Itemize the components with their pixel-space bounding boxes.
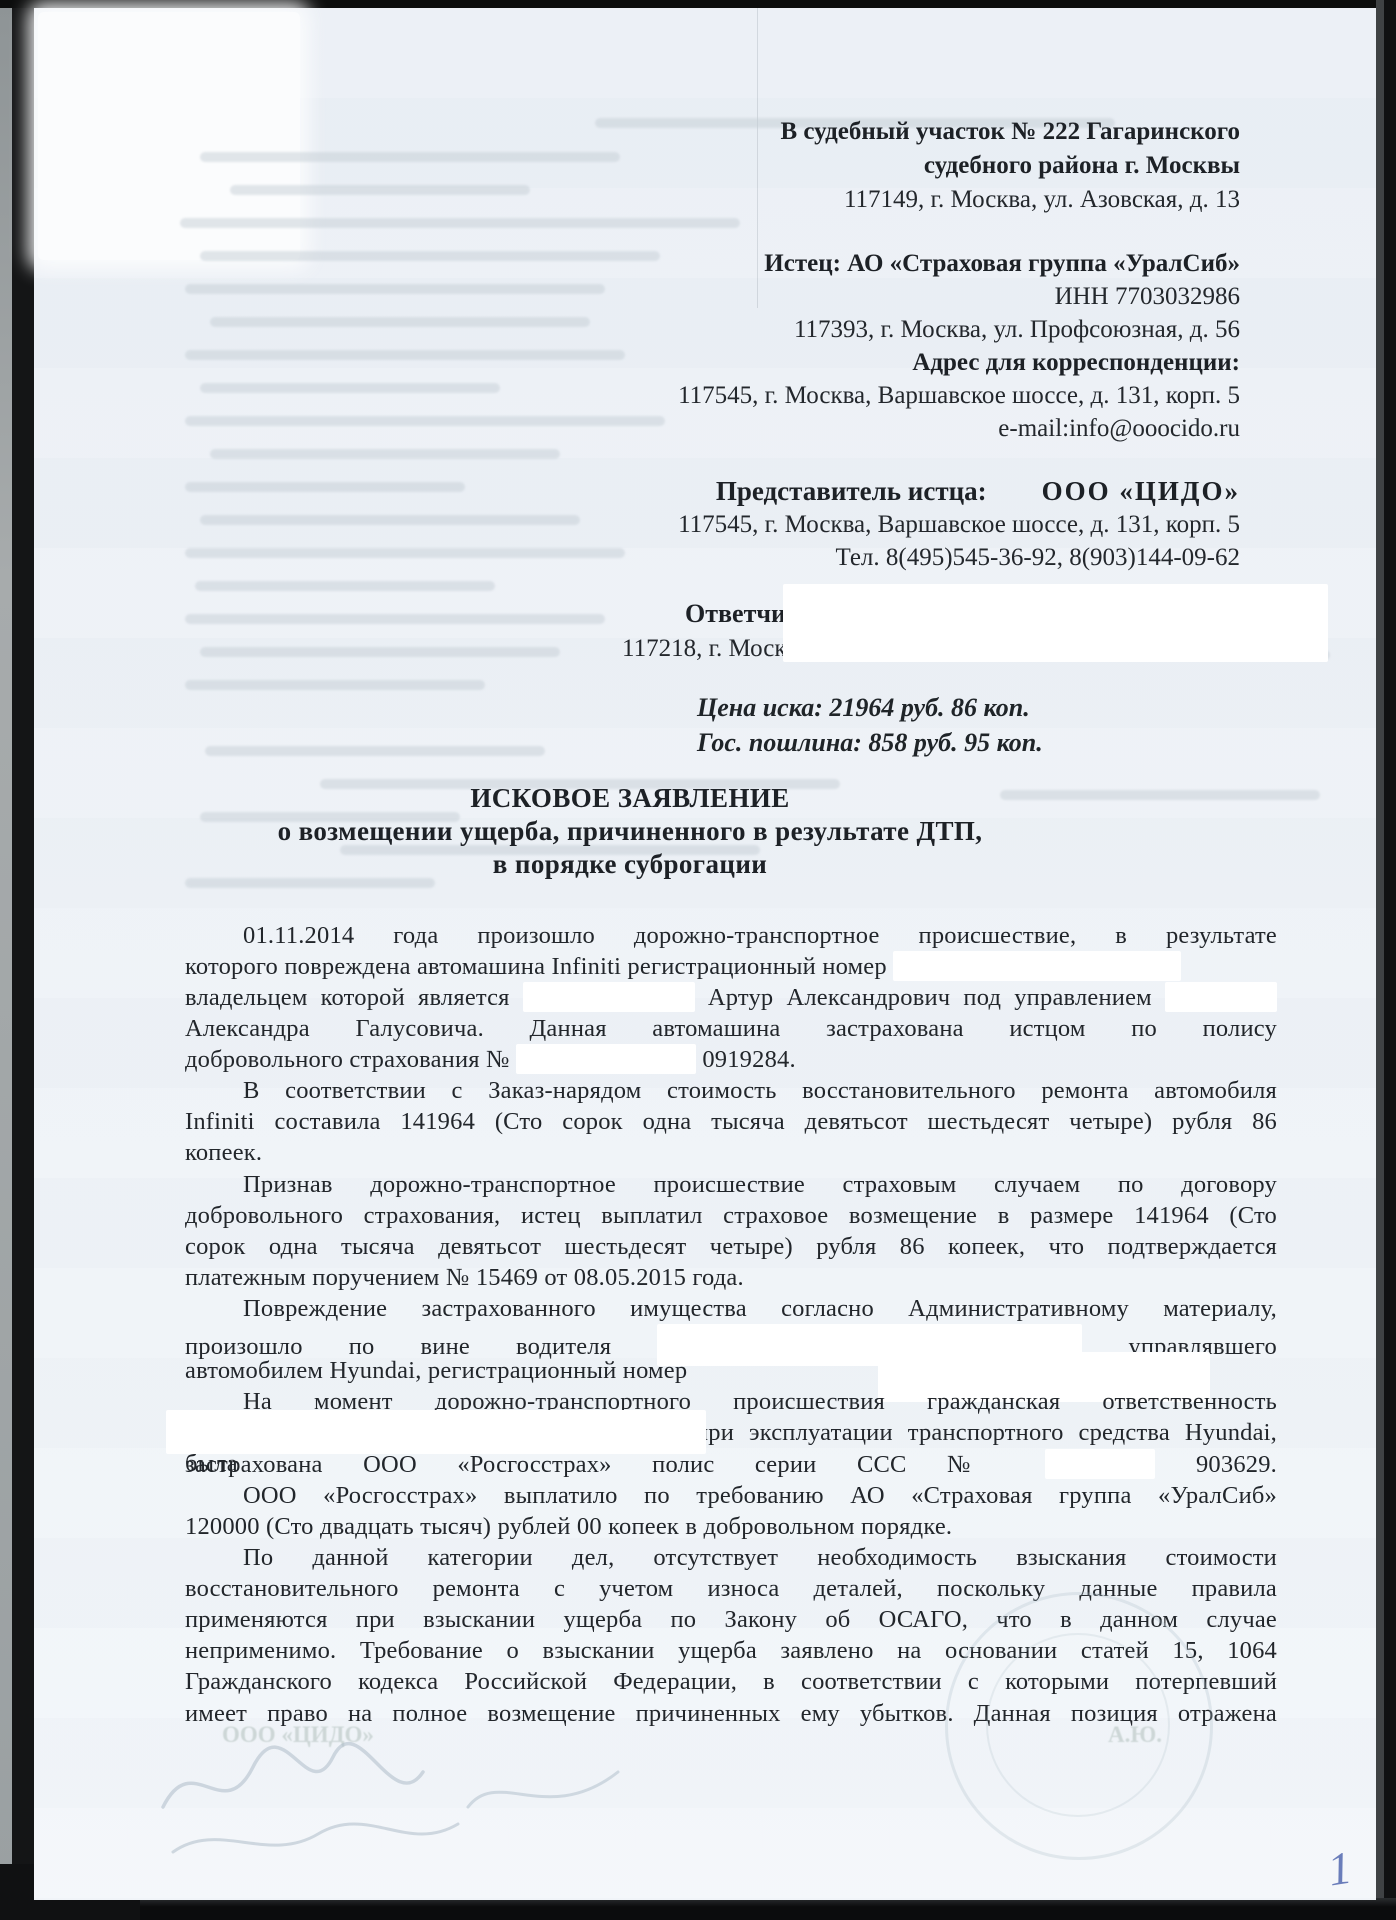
redaction-box bbox=[516, 1044, 696, 1074]
plaintiff-inn: ИНН 7703032986 bbox=[0, 283, 1240, 311]
body-line: застрахована ООО «Росгосстрах» полис сер… bbox=[185, 1449, 1277, 1481]
redaction-box bbox=[523, 982, 695, 1012]
body-line: ООО «Росгосстрах» выплатило по требовани… bbox=[185, 1480, 1277, 1512]
scanner-right-black-edge bbox=[1384, 0, 1396, 1920]
bleedthrough-line bbox=[185, 614, 605, 624]
representative-label: Представитель истца: bbox=[716, 476, 987, 506]
redaction-box bbox=[1045, 1449, 1155, 1479]
correspondence-email: e-mail:info@ooocido.ru bbox=[0, 415, 1240, 443]
doc-title-line-1: ИСКОВОЕ ЗАЯВЛЕНИЕ bbox=[120, 783, 1140, 814]
bleedthrough-line bbox=[185, 680, 485, 690]
body-line: копеек. bbox=[185, 1137, 1277, 1169]
representative-line: Представитель истца:ООО «ЦИДО» bbox=[0, 476, 1240, 507]
body-line: добровольного страхования, истец выплати… bbox=[185, 1200, 1277, 1232]
body-line: 120000 (Сто двадцать тысяч) рублей 00 ко… bbox=[185, 1511, 1277, 1543]
bleedthrough-line bbox=[180, 218, 740, 228]
body-line: сорок одна тысяча девятьсот шестьдесят ч… bbox=[185, 1231, 1277, 1263]
body-line: владельцем которой является Артур Алекса… bbox=[185, 982, 1277, 1014]
doc-title-line-3: в порядке суброгации bbox=[120, 849, 1140, 880]
body-text: которого повреждена автомашина Infiniti … bbox=[185, 953, 887, 980]
bleedthrough-line bbox=[205, 746, 545, 756]
body-text: владельцем которой является bbox=[185, 984, 510, 1011]
defendant-redaction-box bbox=[783, 584, 1328, 662]
representative-name: ООО «ЦИДО» bbox=[1042, 476, 1240, 506]
doc-title-line-2: о возмещении ущерба, причиненного в резу… bbox=[120, 816, 1140, 847]
court-address: 117149, г. Москва, ул. Азовская, д. 13 bbox=[0, 186, 1240, 214]
representative-phone: Тел. 8(495)545-36-92, 8(903)144-09-62 bbox=[0, 544, 1240, 572]
state-fee: Гос. пошлина: 858 руб. 95 коп. bbox=[697, 728, 1043, 758]
redaction-box bbox=[166, 1410, 706, 1454]
body-text: 0919284. bbox=[702, 1046, 795, 1073]
court-name-line-1: В судебный участок № 222 Гагаринского bbox=[0, 118, 1240, 146]
correspondence-address: 117545, г. Москва, Варшавское шоссе, д. … bbox=[0, 382, 1240, 410]
bleedthrough-line bbox=[210, 449, 560, 459]
ghost-signer-initials: А.Ю. bbox=[1108, 1722, 1162, 1748]
body-line: В соответствии с Заказ-нарядом стоимость… bbox=[185, 1075, 1277, 1107]
scanner-top-edge bbox=[0, 0, 1396, 8]
correspondence-label: Адрес для корреспонденции: bbox=[0, 349, 1240, 377]
body-text: застрахована ООО «Росгосстрах» полис сер… bbox=[185, 1451, 1005, 1478]
bleedthrough-line bbox=[200, 647, 560, 657]
body-line: По данной категории дел, отсутствует нео… bbox=[185, 1542, 1277, 1574]
body-line: Infiniti составила 141964 (Сто сорок одн… bbox=[185, 1106, 1277, 1138]
signature-ghost bbox=[148, 1712, 708, 1882]
body-line: которого повреждена автомашина Infiniti … bbox=[185, 951, 1277, 983]
body-line: платежным поручением № 15469 от 08.05.20… bbox=[185, 1262, 1277, 1294]
redaction-box bbox=[893, 951, 1181, 981]
document-scan: В судебный участок № 222 Гагаринского су… bbox=[0, 0, 1396, 1920]
body-text: 903629. bbox=[1196, 1451, 1277, 1478]
redaction-box bbox=[1165, 982, 1277, 1012]
plaintiff-address: 117393, г. Москва, ул. Профсоюзная, д. 5… bbox=[0, 316, 1240, 344]
court-name-line-2: судебного района г. Москвы bbox=[0, 152, 1240, 180]
stamp-ghost bbox=[945, 1592, 1213, 1860]
representative-address: 117545, г. Москва, Варшавское шоссе, д. … bbox=[0, 511, 1240, 539]
body-line: Признав дорожно-транспортное происшестви… bbox=[185, 1169, 1277, 1201]
plaintiff-name: Истец: АО «Страховая группа «УралСиб» bbox=[0, 250, 1240, 278]
body-line: 01.11.2014 года произошло дорожно-трансп… bbox=[185, 920, 1277, 952]
scanner-bottom-edge bbox=[0, 1898, 1396, 1920]
claim-price: Цена иска: 21964 руб. 86 коп. bbox=[697, 693, 1030, 723]
body-text: добровольного страхования № bbox=[185, 1046, 510, 1073]
scanner-right-edge bbox=[1376, 0, 1384, 1920]
body-line: Повреждение застрахованного имущества со… bbox=[185, 1293, 1277, 1325]
bleedthrough-line bbox=[195, 581, 495, 591]
body-text: Артур Александрович под управлением bbox=[708, 984, 1152, 1011]
body-line: Александра Галусовича. Данная автомашина… bbox=[185, 1013, 1277, 1045]
body-line: добровольного страхования № 0919284. bbox=[185, 1044, 1277, 1076]
